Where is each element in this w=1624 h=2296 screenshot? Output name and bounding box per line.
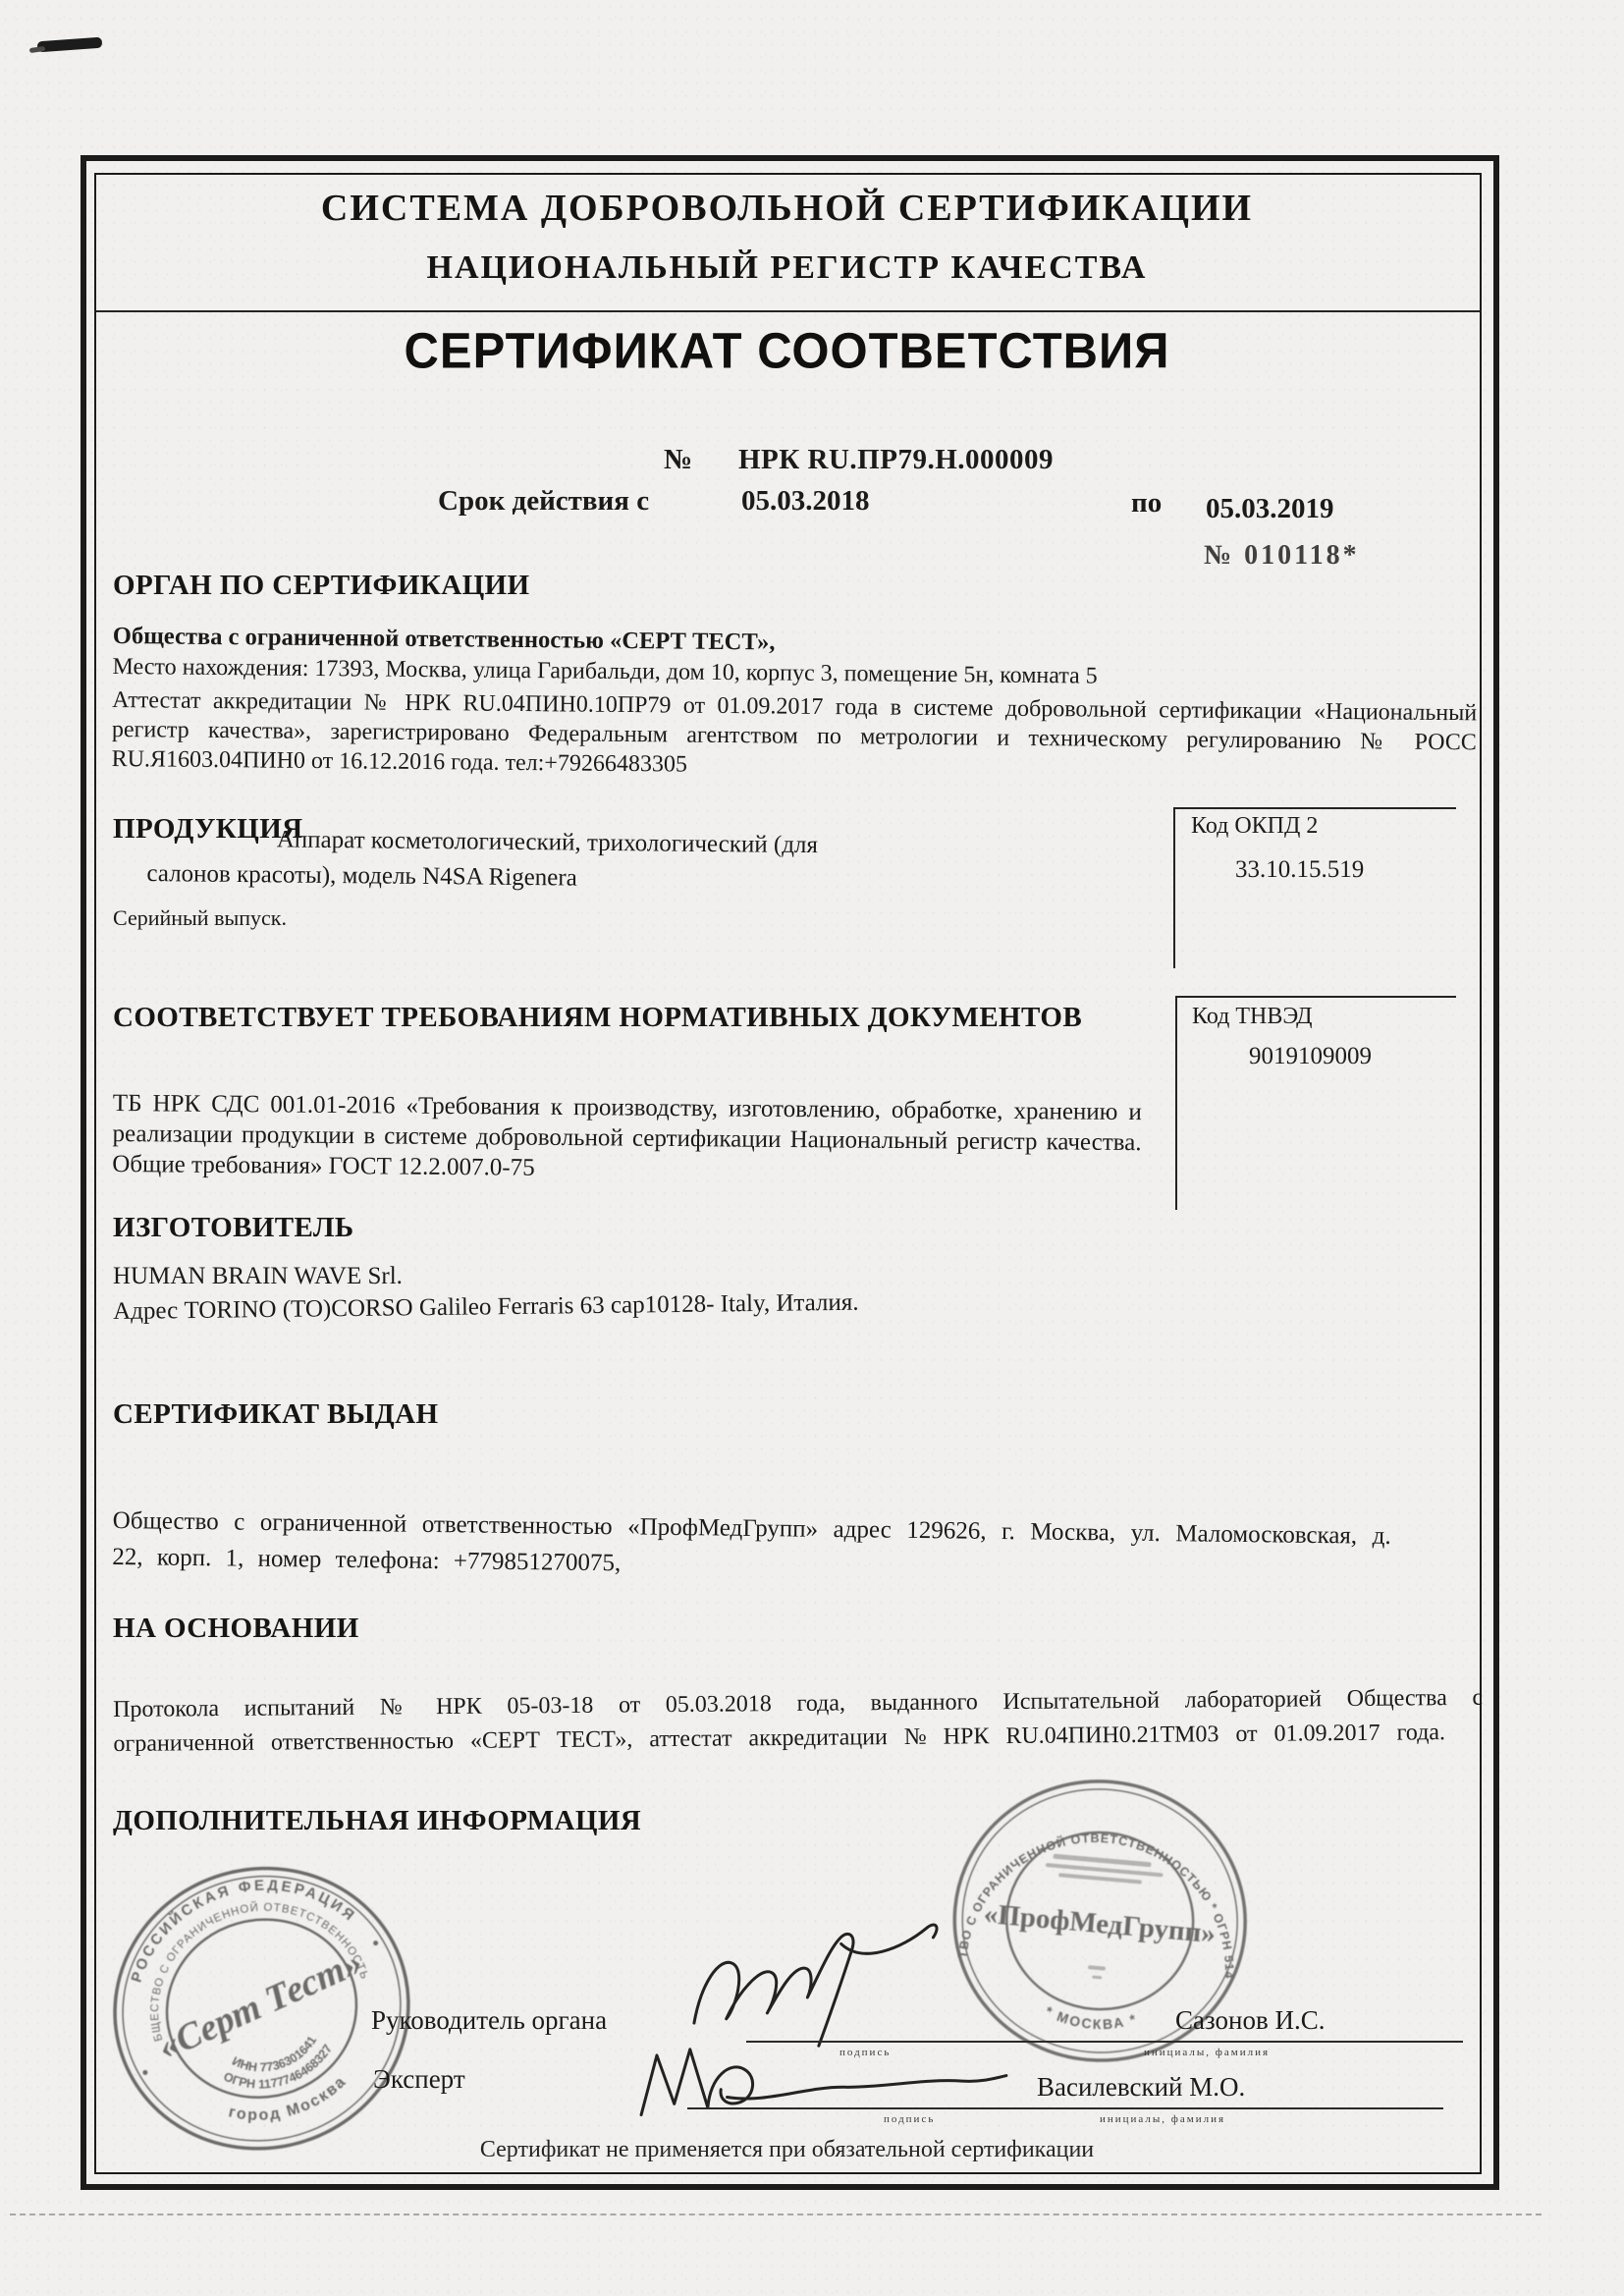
header-divider [96,310,1480,312]
head-signature-line [746,2041,1463,2043]
footer-note: Сертификат не применяется при обязательн… [94,2137,1480,2163]
valid-to-label: по [1131,487,1162,519]
system-title-line2: НАЦИОНАЛЬНЫЙ РЕГИСТР КАЧЕСТВА [94,249,1480,287]
compliance-requirements: ТБ НРК СДС 001.01-2016 «Требования к про… [112,1088,1142,1188]
scan-dashed-line [10,2214,1542,2215]
svg-text:* МОСКВА *: * МОСКВА * [1042,2002,1141,2036]
scan-ink-mark-tail [29,46,46,53]
expert-role-label: Эксперт [373,2064,465,2095]
valid-to-date: 05.03.2019 [1206,493,1334,525]
product-serial-note: Серийный выпуск. [113,905,287,931]
okpd-label: Код ОКПД 2 [1191,813,1318,840]
section-heading-basis: НА ОСНОВАНИИ [113,1613,359,1645]
certificate-number: НРК RU.ПР79.Н.000009 [738,444,1054,476]
tnved-box-left-line [1175,996,1177,1210]
expert-signature-caption: подпись [884,2113,935,2125]
expert-name-caption: инициалы, фамилия [1100,2113,1225,2125]
head-role-label: Руководитель органа [371,2005,607,2036]
expert-signature-line [687,2107,1443,2109]
section-heading-compliance: СООТВЕТСТВУЕТ ТРЕБОВАНИЯМ НОРМАТИВНЫХ ДО… [113,1002,1082,1034]
validity-label: Срок действия с [438,485,649,518]
product-description: Аппарат косметологический, трихологическ… [146,821,893,900]
basis-text: Протокола испытаний № НРК 05-03-18 от 05… [113,1681,1484,1762]
expert-signature-scribble [626,2018,1023,2145]
okpd-box-top-line [1173,807,1456,809]
certificate-title: СЕРТИФИКАТ СООТВЕТСТВИЯ [94,323,1480,380]
tnved-label: Код ТНВЭД [1192,1004,1313,1030]
okpd-box-left-line [1173,807,1175,968]
scanned-certificate-page: СИСТЕМА ДОБРОВОЛЬНОЙ СЕРТИФИКАЦИИ НАЦИОН… [0,0,1624,2296]
section-heading-issued-to: СЕРТИФИКАТ ВЫДАН [113,1398,438,1431]
section-heading-manufacturer: ИЗГОТОВИТЕЛЬ [113,1212,353,1244]
certificate-number-label: № [664,444,692,476]
certification-body-accreditation: Аттестат аккредитации № НРК RU.04ПИН0.10… [112,685,1478,787]
valid-from-date: 05.03.2018 [741,485,870,518]
tnved-box-top-line [1175,996,1456,998]
blank-serial-number: № 010118* [1204,540,1360,572]
section-heading-certification-body: ОРГАН ПО СЕРТИФИКАЦИИ [113,570,529,602]
system-title-line1: СИСТЕМА ДОБРОВОЛЬНОЙ СЕРТИФИКАЦИИ [94,187,1480,230]
stamp-profmed-center: «ПрофМедГрупп» [983,1898,1218,1950]
tnved-code: 9019109009 [1249,1043,1372,1070]
manufacturer-name: HUMAN BRAIN WAVE Srl. [113,1263,403,1290]
head-name-caption: инициалы, фамилия [1144,2047,1270,2058]
certification-body-block: Общества с ограниченной ответственностью… [112,623,1478,787]
scan-ink-mark [37,37,103,53]
okpd-code: 33.10.15.519 [1235,856,1364,884]
head-name: Сазонов И.С. [1175,2005,1325,2036]
expert-name: Василевский М.О. [1037,2072,1245,2103]
head-signature-caption: подпись [839,2047,891,2058]
stamp-profmed-city-arc: * МОСКВА * [1042,2002,1141,2036]
